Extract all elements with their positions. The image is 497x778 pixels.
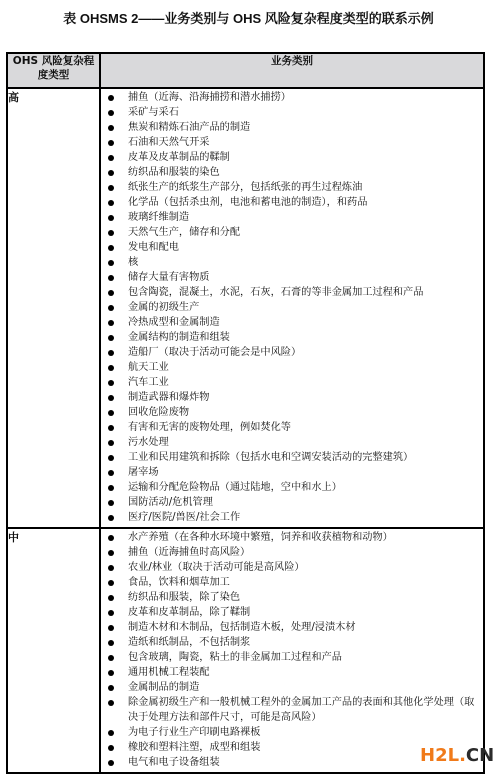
list-item: 医疗/医院/兽医/社会工作: [101, 510, 483, 525]
list-item: 工业和民用建筑和拆除（包括水电和空调安装活动的完整建筑）: [101, 450, 483, 465]
list-item: 食品，饮料和烟草加工: [101, 575, 483, 590]
list-item: 发电和配电: [101, 240, 483, 255]
list-item: 包含玻璃，陶瓷，粘土的非金属加工过程和产品: [101, 650, 483, 665]
business-category-list: 捕鱼（近海、沿海捕捞和潜水捕捞）采矿与采石焦炭和精炼石油产品的制造石油和天然气开…: [101, 89, 483, 527]
list-item: 屠宰场: [101, 465, 483, 480]
business-category-cell: 水产养殖（在各种水环境中繁殖，饲养和收获植物和动物）捕鱼（近海捕鱼时高风险）农业…: [100, 528, 484, 773]
list-item: 冷热成型和金属制造: [101, 315, 483, 330]
list-item: 汽车工业: [101, 375, 483, 390]
business-category-cell: 捕鱼（近海、沿海捕捞和潜水捕捞）采矿与采石焦炭和精炼石油产品的制造石油和天然气开…: [100, 88, 484, 528]
document-title: 表 OHSMS 2——业务类别与 OHS 风险复杂程度类型的联系示例: [0, 8, 497, 27]
list-item: 化学品（包括杀虫剂，电池和蓄电池的制造），和药品: [101, 195, 483, 210]
list-item: 纸张生产的纸浆生产部分，包括纸张的再生过程炼油: [101, 180, 483, 195]
list-item: 航天工业: [101, 360, 483, 375]
list-item: 金属制品的制造: [101, 680, 483, 695]
table-header-row: OHS 风险复杂程度类型 业务类别: [7, 53, 484, 88]
list-item: 通用机械工程装配: [101, 665, 483, 680]
list-item: 国防活动/危机管理: [101, 495, 483, 510]
risk-level-cell: 中: [7, 528, 100, 773]
list-item: 制造武器和爆炸物: [101, 390, 483, 405]
table-row: 中水产养殖（在各种水环境中繁殖，饲养和收获植物和动物）捕鱼（近海捕鱼时高风险）农…: [7, 528, 484, 773]
header-business-category: 业务类别: [100, 53, 484, 88]
business-category-table: OHS 风险复杂程度类型 业务类别 高捕鱼（近海、沿海捕捞和潜水捕捞）采矿与采石…: [6, 52, 485, 774]
table-row: 高捕鱼（近海、沿海捕捞和潜水捕捞）采矿与采石焦炭和精炼石油产品的制造石油和天然气…: [7, 88, 484, 528]
list-item: 天然气生产，储存和分配: [101, 225, 483, 240]
list-item: 造纸和纸制品，不包括制浆: [101, 635, 483, 650]
list-item: 纺织品和服装的染色: [101, 165, 483, 180]
list-item: 除金属初级生产和一般机械工程外的金属加工产品的表面和其他化学处理（取决于处理方法…: [101, 695, 483, 725]
list-item: 运输和分配危险物品（通过陆地，空中和水上）: [101, 480, 483, 495]
list-item: 造船厂（取决于活动可能会是中风险）: [101, 345, 483, 360]
business-category-list: 水产养殖（在各种水环境中繁殖，饲养和收获植物和动物）捕鱼（近海捕鱼时高风险）农业…: [101, 529, 483, 772]
list-item: 金属的初级生产: [101, 300, 483, 315]
list-item: 焦炭和精炼石油产品的制造: [101, 120, 483, 135]
list-item: 制造木材和木制品，包括制造木板，处理/浸渍木材: [101, 620, 483, 635]
list-item: 核: [101, 255, 483, 270]
site-watermark: H2L.CN: [420, 745, 494, 766]
list-item: 石油和天然气开采: [101, 135, 483, 150]
list-item: 金属结构的制造和组装: [101, 330, 483, 345]
list-item: 污水处理: [101, 435, 483, 450]
list-item: 采矿与采石: [101, 105, 483, 120]
list-item: 储存大量有害物质: [101, 270, 483, 285]
watermark-dot: .: [459, 745, 466, 766]
list-item: 玻璃纤维制造: [101, 210, 483, 225]
header-risk-level: OHS 风险复杂程度类型: [7, 53, 100, 88]
list-item: 皮革和皮革制品，除了鞣制: [101, 605, 483, 620]
list-item: 包含陶瓷，混凝土，水泥，石灰，石膏的等非金属加工过程和产品: [101, 285, 483, 300]
list-item: 捕鱼（近海、沿海捕捞和潜水捕捞）: [101, 90, 483, 105]
list-item: 纺织品和服装，除了染色: [101, 590, 483, 605]
list-item: 有害和无害的废物处理，例如焚化等: [101, 420, 483, 435]
list-item: 水产养殖（在各种水环境中繁殖，饲养和收获植物和动物）: [101, 530, 483, 545]
list-item: 皮革及皮革制品的鞣制: [101, 150, 483, 165]
watermark-cn: CN: [466, 745, 494, 766]
list-item: 捕鱼（近海捕鱼时高风险）: [101, 545, 483, 560]
list-item: 农业/林业（取决于活动可能是高风险）: [101, 560, 483, 575]
risk-level-cell: 高: [7, 88, 100, 528]
list-item: 为电子行业生产印刷电路裸板: [101, 725, 483, 740]
watermark-h2l: H2L: [420, 745, 459, 766]
list-item: 回收危险废物: [101, 405, 483, 420]
